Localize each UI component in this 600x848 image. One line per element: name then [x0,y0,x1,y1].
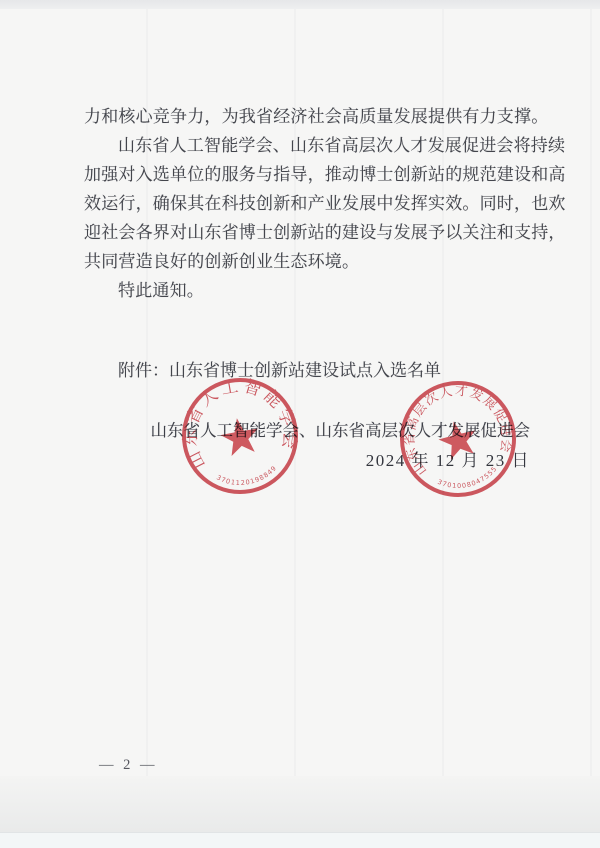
seal-serial-text: 3701008047555 [435,463,502,496]
body-line: 效运行，确保其在科技创新和产业发展中发挥实效。同时，也欢 [84,189,546,218]
svg-text:3701008047555: 3701008047555 [435,463,502,496]
body-line: 山东省人工智能学会、山东省高层次人才发展促进会将持续 [84,131,546,160]
svg-text:3701120198849: 3701120198849 [214,463,280,492]
body-line: 共同营造良好的创新创业生态环境。 [84,247,546,276]
document-page: 力和核心竞争力，为我省经济社会高质量发展提供有力支撑。 山东省人工智能学会、山东… [0,0,600,848]
body-line: 力和核心竞争力，为我省经济社会高质量发展提供有力支撑。 [84,102,546,131]
body-line: 特此通知。 [84,276,546,305]
official-seal-right: 山东省高层次人才发展促进会 3701008047555 [384,365,532,513]
scan-edge-bottom [0,832,600,848]
scan-edge-top [0,0,600,9]
body-line: 加强对入选单位的服务与指导，推动博士创新站的规范建设和高 [84,160,546,189]
star-icon [435,417,481,461]
official-seal-left: 山东省人工智能学会 3701120198849 [169,365,310,506]
page-number: — 2 — [99,757,158,774]
seal-serial-text: 3701120198849 [214,463,280,492]
star-icon [218,415,262,457]
scan-shadow-bottom [0,776,600,832]
body-line: 迎社会各界对山东省博士创新站的建设与发展予以关注和支持， [84,218,546,247]
body-text: 力和核心竞争力，为我省经济社会高质量发展提供有力支撑。 山东省人工智能学会、山东… [84,102,546,305]
